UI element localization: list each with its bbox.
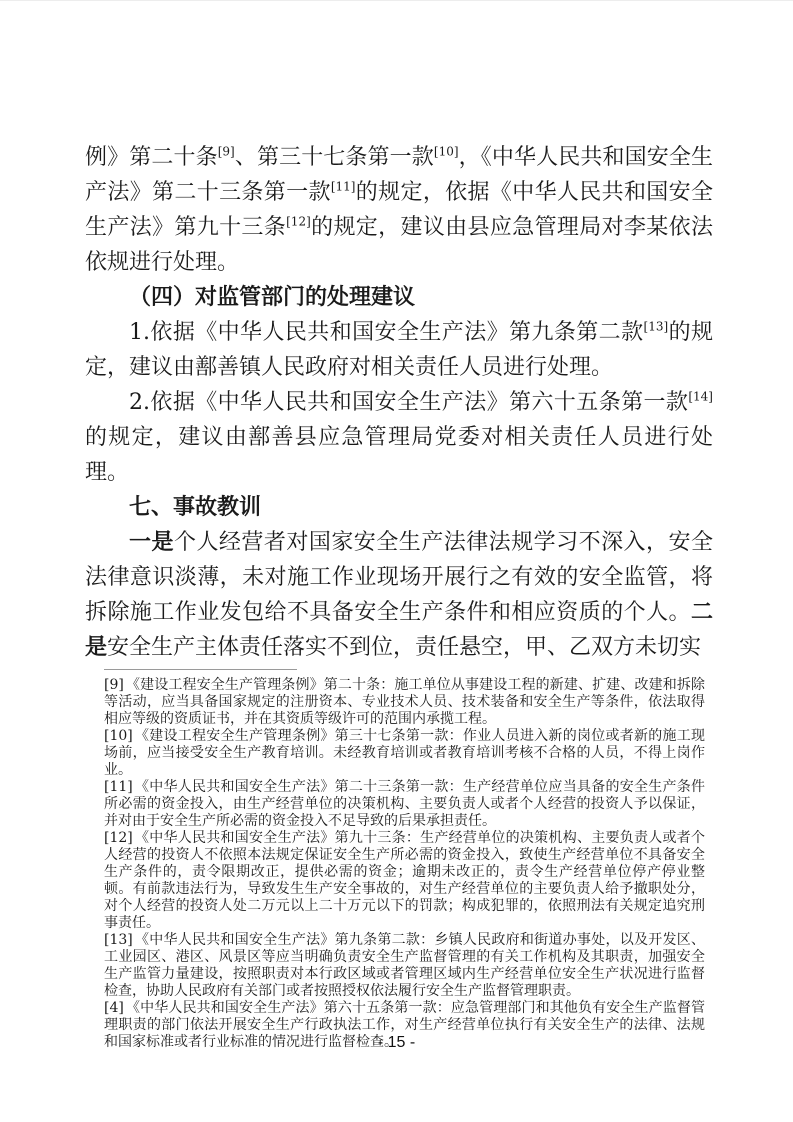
footnote-marker: [13] [104, 932, 133, 948]
text-segment: 一是 [129, 529, 174, 555]
footnote-reference: [11] [331, 180, 356, 194]
page-number: - 15 - [0, 1034, 793, 1052]
footnote-text: 《中华人民共和国安全生产法》第二十三条第一款：生产经营单位应当具备的安全生产条件… [104, 779, 705, 829]
paragraph-lessons: 一是个人经营者对国家安全生产法律法规学习不深入，安全法律意识淡薄，未对施工作业现… [85, 525, 713, 665]
text-segment: 、第三十七条第一款 [235, 145, 434, 170]
footnote-reference: [13] [644, 320, 669, 334]
footnote-marker: [9] [104, 677, 124, 693]
footnote-reference: [12] [286, 215, 311, 229]
text-segment: 1.依据《中华人民共和国安全生产法》第九条第二款 [129, 320, 644, 345]
text-segment: 个人经营者对国家安全生产法律法规学习不深入，安全法律意识淡薄，未对施工作业现场开… [85, 530, 713, 625]
document-body: 例》第二十条[9]、第三十七条第一款[10]，《中华人民共和国安全生产法》第二十… [85, 140, 713, 665]
footnotes-section: [9]《建设工程安全生产管理条例》第二十条：施工单位从事建设工程的新建、扩建、改… [104, 677, 705, 1051]
paragraph-continuation: 例》第二十条[9]、第三十七条第一款[10]，《中华人民共和国安全生产法》第二十… [85, 140, 713, 280]
footnote-reference: [9] [218, 145, 235, 159]
page-top-edge [0, 0, 793, 1]
footnote-reference: [14] [688, 390, 713, 404]
section-heading-4: （四）对监管部门的处理建议 [85, 280, 713, 315]
footnote-item: [9]《建设工程安全生产管理条例》第二十条：施工单位从事建设工程的新建、扩建、改… [104, 677, 705, 728]
text-segment: 例》第二十条 [85, 145, 218, 170]
footnote-text: 《中华人民共和国安全生产法》第九十三条：生产经营单位的决策机构、主要负责人或者个… [104, 830, 705, 931]
footnote-text: 《中华人民共和国安全生产法》第九条第二款：乡镇人民政府和街道办事处，以及开发区、… [104, 932, 705, 999]
footnote-reference: [10] [434, 145, 459, 159]
footnote-marker: [12] [104, 830, 133, 846]
section-heading-7: 七、事故教训 [85, 490, 713, 525]
footnote-separator [104, 669, 297, 670]
footnote-item: [12]《中华人民共和国安全生产法》第九十三条：生产经营单位的决策机构、主要负责… [104, 830, 705, 932]
footnote-item: [11]《中华人民共和国安全生产法》第二十三条第一款：生产经营单位应当具备的安全… [104, 779, 705, 830]
footnote-marker: [11] [104, 779, 133, 795]
footnote-marker: [10] [104, 728, 133, 744]
text-segment: 2.依据《中华人民共和国安全生产法》第六十五条第一款 [129, 390, 688, 415]
text-segment: 的规定，建议由鄯善县应急管理局党委对相关责任人员进行处理。 [85, 425, 713, 485]
paragraph-suggestion-1: 1.依据《中华人民共和国安全生产法》第九条第二款[13]的规定，建议由鄯善镇人民… [85, 315, 713, 385]
footnote-marker: [4] [104, 1000, 124, 1016]
footnote-item: [10]《建设工程安全生产管理条例》第三十七条第一款：作业人员进入新的岗位或者新… [104, 728, 705, 779]
footnote-item: [13]《中华人民共和国安全生产法》第九条第二款：乡镇人民政府和街道办事处，以及… [104, 932, 705, 1000]
footnote-text: 《建设工程安全生产管理条例》第三十七条第一款：作业人员进入新的岗位或者新的施工现… [104, 728, 705, 778]
paragraph-suggestion-2: 2.依据《中华人民共和国安全生产法》第六十五条第一款[14]的规定，建议由鄯善县… [85, 385, 713, 490]
document-page: 例》第二十条[9]、第三十七条第一款[10]，《中华人民共和国安全生产法》第二十… [0, 0, 793, 1122]
text-segment: 安全生产主体责任落实不到位，责任悬空，甲、乙双方未切实 [107, 635, 701, 660]
footnote-text: 《建设工程安全生产管理条例》第二十条：施工单位从事建设工程的新建、扩建、改建和拆… [104, 677, 705, 727]
